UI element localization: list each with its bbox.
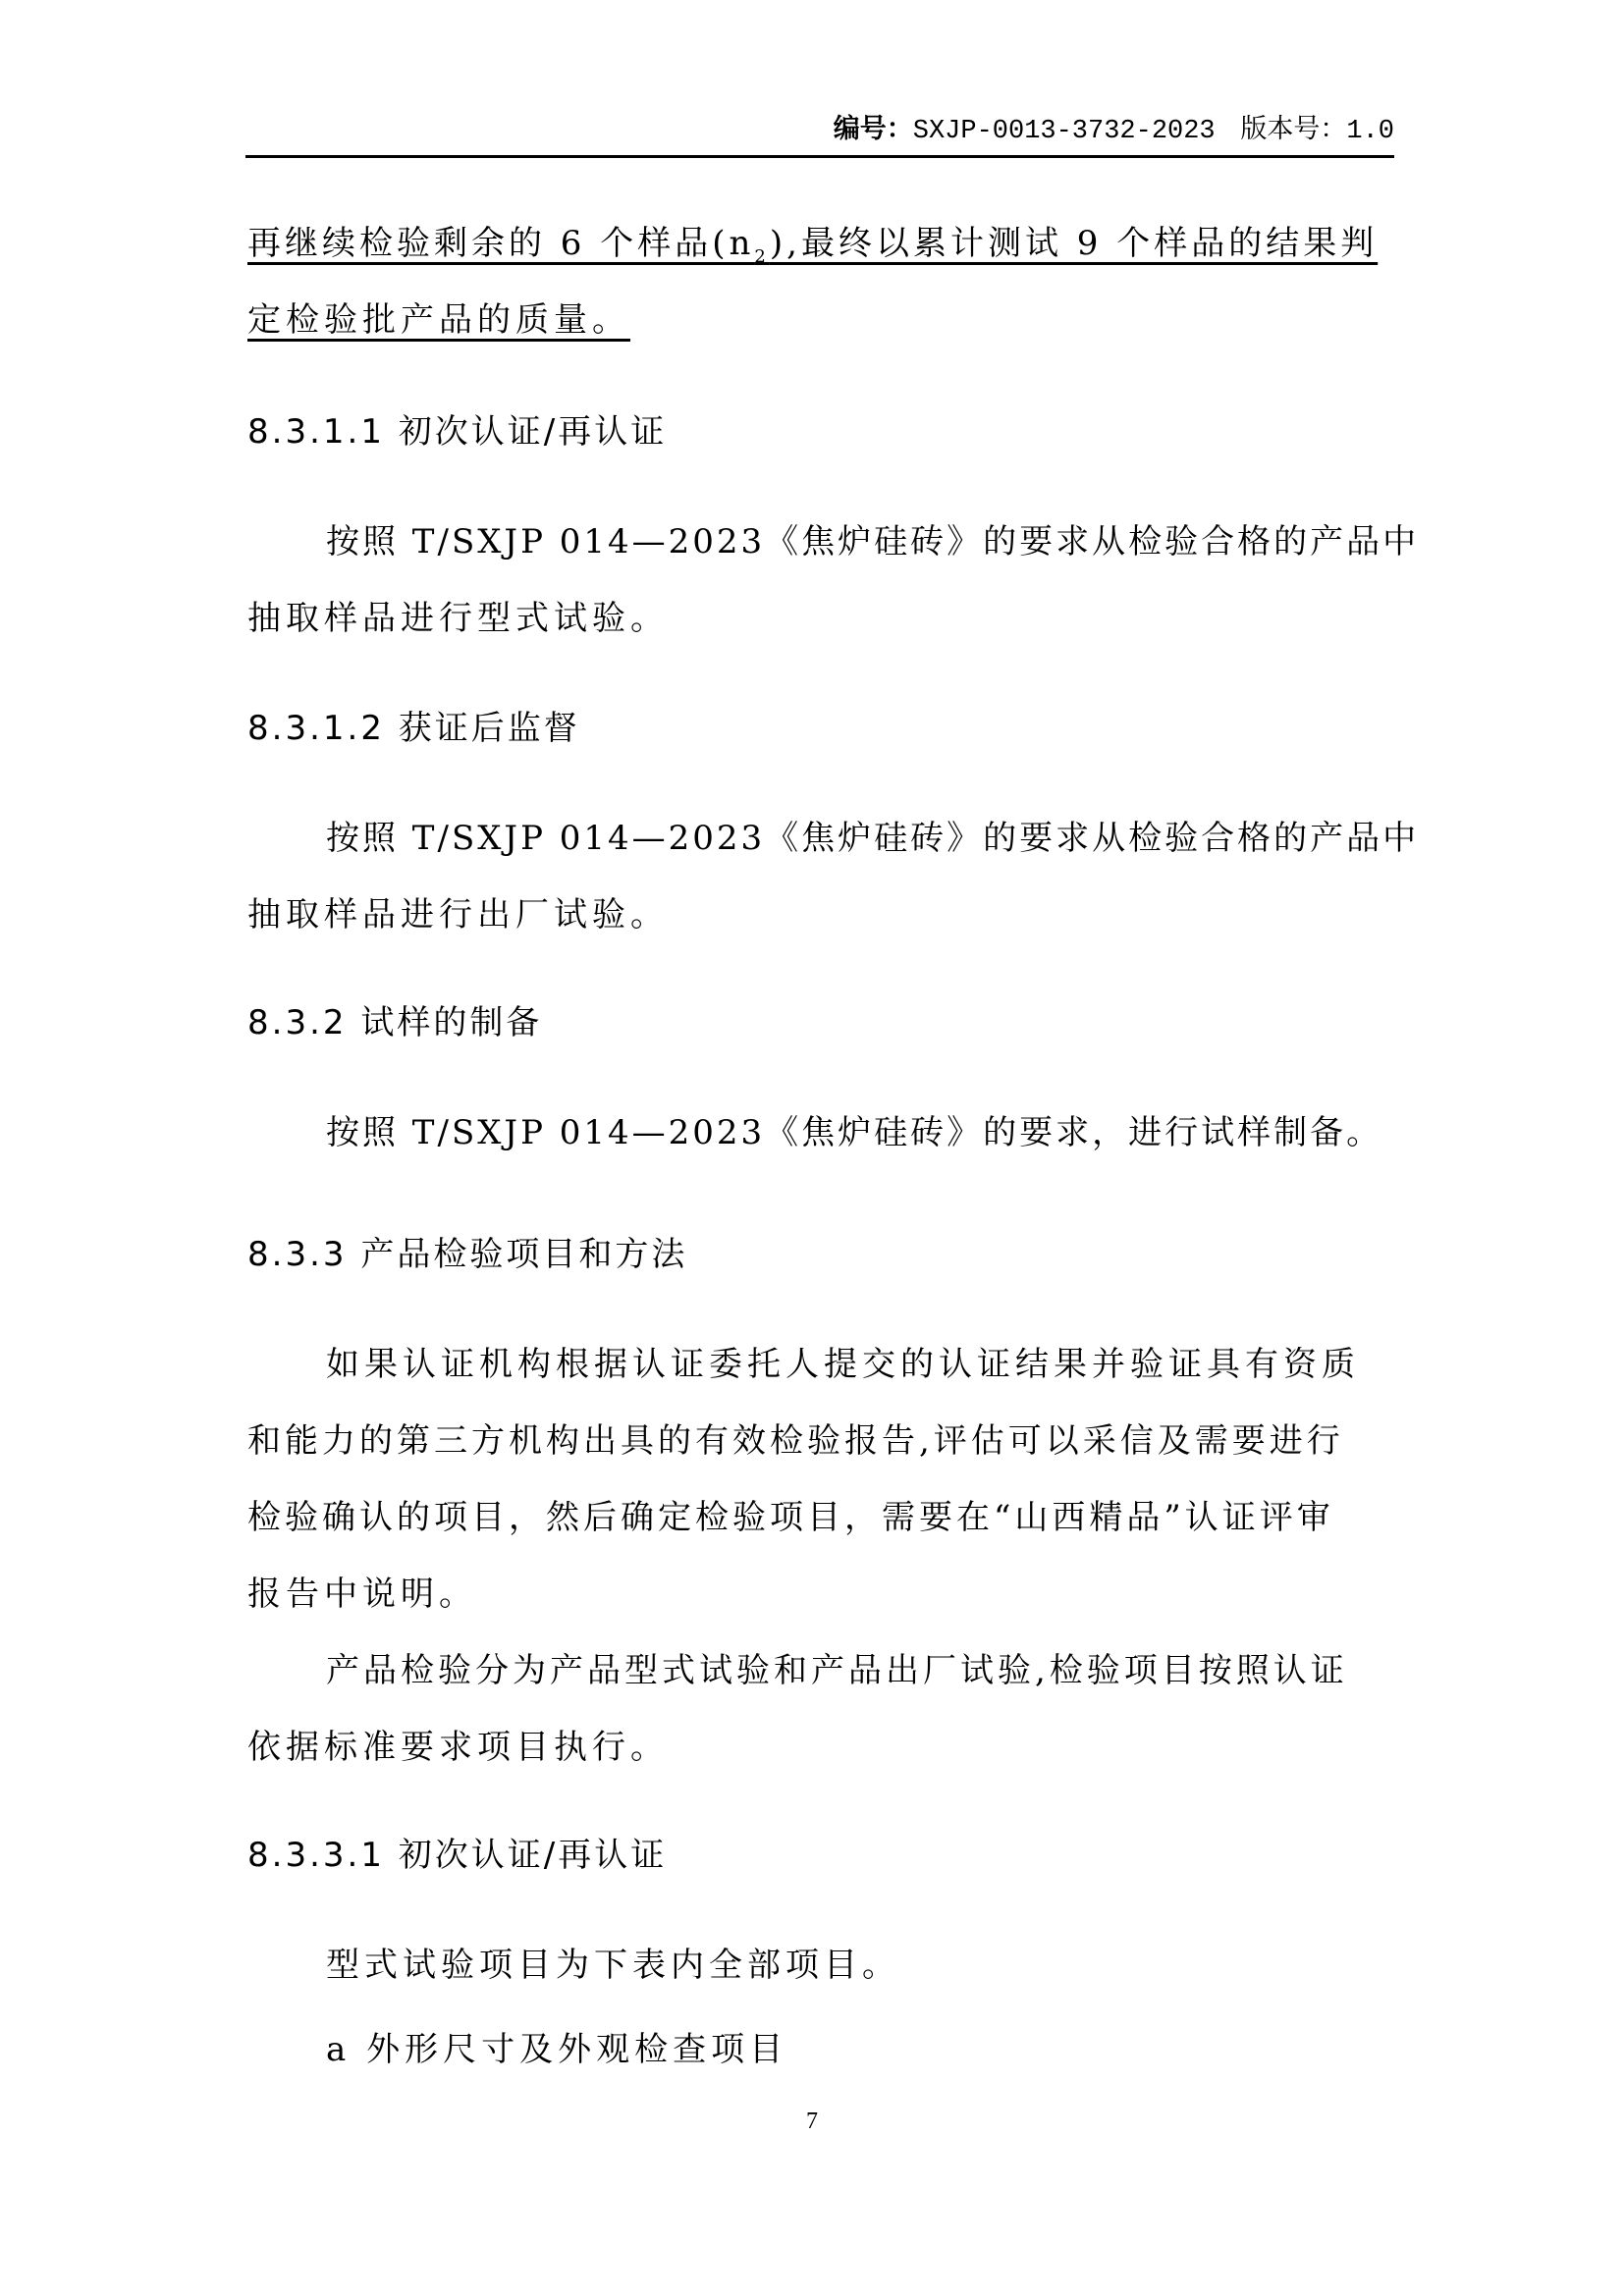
paragraph-line: 按照 T/SXJP 014—2023《焦炉硅砖》的要求从检验合格的产品中 bbox=[326, 817, 1419, 860]
version-label: 版本号： bbox=[1240, 114, 1346, 144]
paragraph-line: 检验确认的项目，然后确定检验项目，需要在“山西精品”认证评审 bbox=[247, 1496, 1334, 1539]
code-label: 编号： bbox=[834, 114, 913, 144]
paragraph-line: 如果认证机构根据认证委托人提交的认证结果并验证具有资质 bbox=[326, 1343, 1360, 1386]
intro-line-1: 再继续检验剩余的 6 个样品(n2),最终以累计测试 9 个样品的结果判 bbox=[247, 222, 1378, 279]
paragraph-line: 抽取样品进行型式试验。 bbox=[247, 597, 669, 640]
paragraph-line: 报告中说明。 bbox=[247, 1573, 477, 1616]
paragraph-line: 和能力的第三方机构出具的有效检验报告,评估可以采信及需要进行 bbox=[247, 1419, 1344, 1463]
paragraph-line: 产品检验分为产品型式试验和产品出厂试验,检验项目按照认证 bbox=[326, 1649, 1348, 1692]
paragraph-line: 按照 T/SXJP 014—2023《焦炉硅砖》的要求，进行试样制备。 bbox=[326, 1111, 1382, 1154]
intro-text-a: 再继续检验剩余的 6 个样品(n bbox=[247, 224, 754, 263]
paragraph-line: 依据标准要求项目执行。 bbox=[247, 1726, 669, 1769]
paragraph-line: 型式试验项目为下表内全部项目。 bbox=[326, 1944, 900, 1987]
section-heading-8-3-1-2: 8.3.1.2 获证后监督 bbox=[247, 707, 580, 750]
section-heading-8-3-1-1: 8.3.1.1 初次认证/再认证 bbox=[247, 410, 667, 454]
section-heading-8-3-2: 8.3.2 试样的制备 bbox=[247, 1001, 542, 1044]
intro-text-b: ),最终以累计测试 9 个样品的结果判 bbox=[770, 224, 1378, 263]
code-value: SXJP-0013-3732-2023 bbox=[913, 117, 1216, 146]
paragraph-line: 按照 T/SXJP 014—2023《焦炉硅砖》的要求从检验合格的产品中 bbox=[326, 520, 1419, 563]
subscript: 2 bbox=[754, 246, 769, 267]
document-header: 编号：SXJP-0013-3732-2023 版本号：1.0 bbox=[245, 110, 1394, 151]
section-heading-8-3-3: 8.3.3 产品检验项目和方法 bbox=[247, 1233, 687, 1276]
paragraph-line: 抽取样品进行出厂试验。 bbox=[247, 893, 669, 936]
list-item-a: a 外形尺寸及外观检查项目 bbox=[326, 2028, 787, 2071]
page-number: 7 bbox=[0, 2109, 1624, 2135]
intro-line-2: 定检验批产品的质量。 bbox=[247, 298, 630, 342]
header-divider bbox=[245, 155, 1394, 158]
section-heading-8-3-3-1: 8.3.3.1 初次认证/再认证 bbox=[247, 1834, 667, 1877]
version-value: 1.0 bbox=[1346, 117, 1394, 146]
